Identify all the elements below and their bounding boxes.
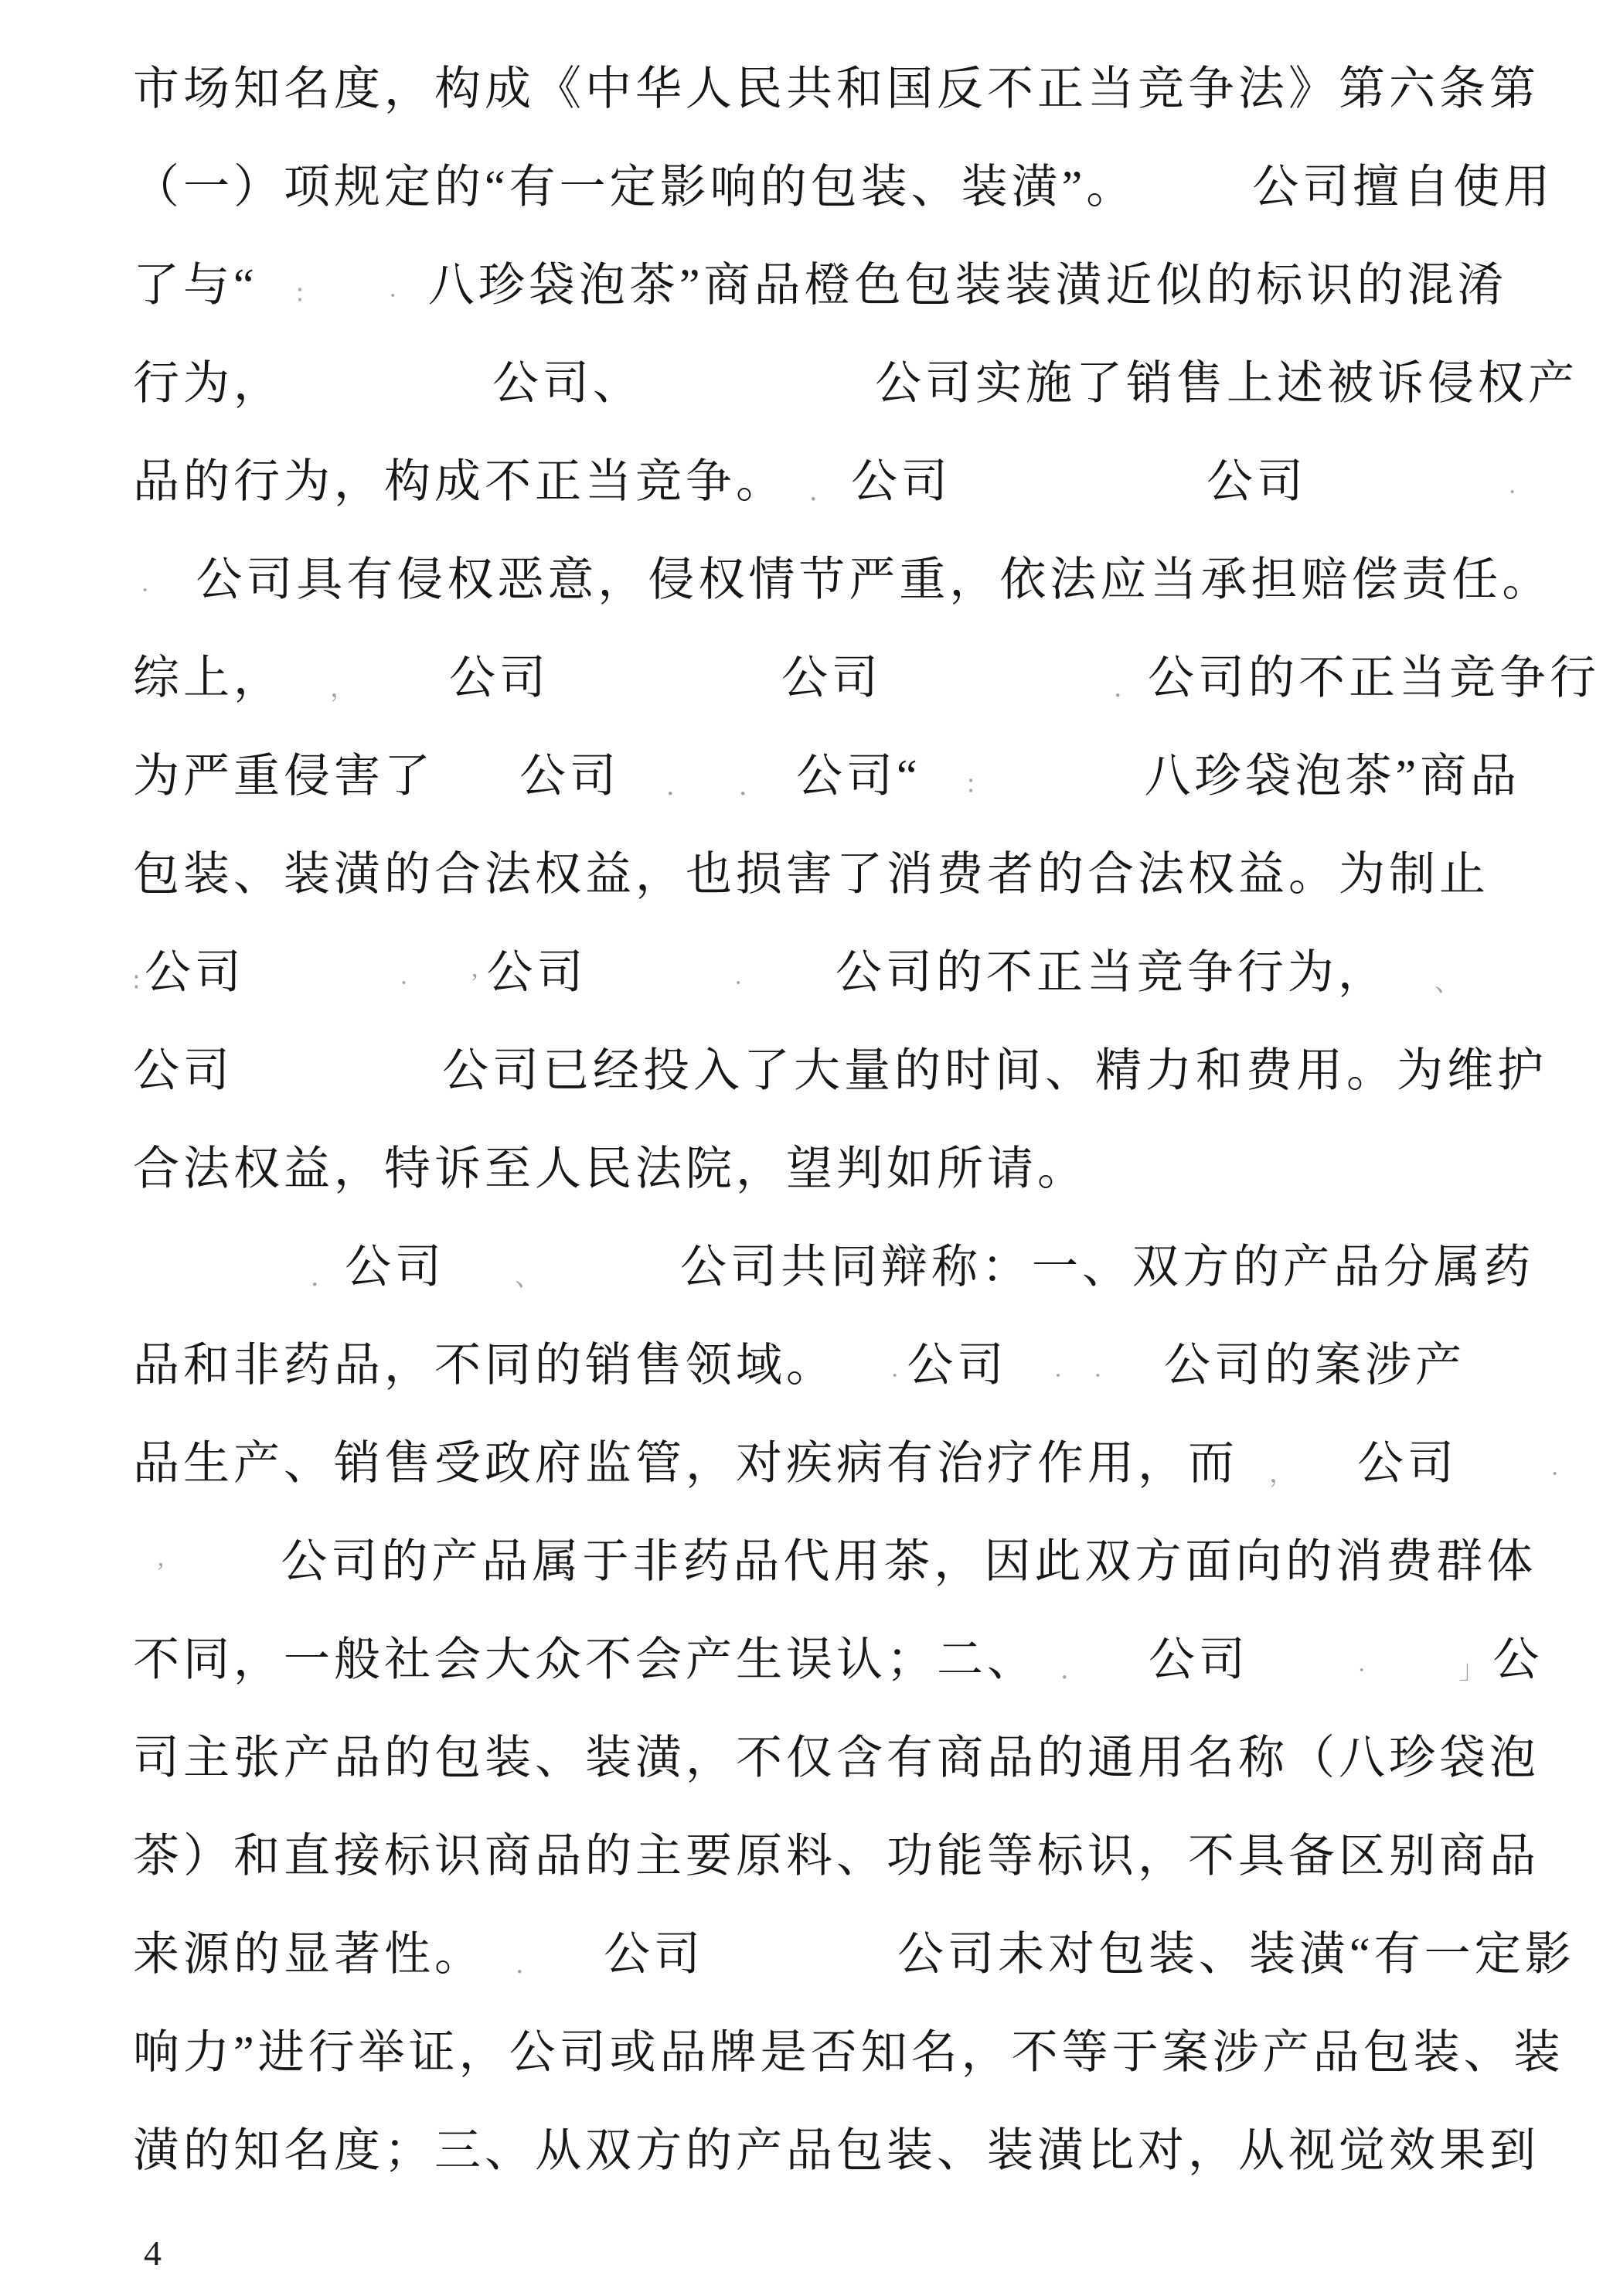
text-segment: 品和非药品，不同的销售领域。 [133, 1340, 836, 1391]
redaction-gap [743, 986, 836, 988]
text-segment: 了与“ [133, 260, 258, 311]
document-line: 潢的知名度；三、从双方的产品包装、装潢比对，从视觉效果到 [133, 2102, 1601, 2200]
redaction-gap [765, 790, 796, 792]
text-segment: 公司 [781, 652, 882, 703]
text-segment: 八珍袋泡茶”商品 [1145, 751, 1521, 802]
redaction-gap [434, 790, 519, 792]
redaction-gap [1295, 1477, 1357, 1479]
redaction-gap [620, 790, 666, 792]
page-number: 4 [144, 2233, 162, 2273]
text-segment: 为严重侵害了 [133, 751, 434, 802]
scan-artifact-mark: ∶ [133, 934, 140, 1032]
document-line: 合法权益，特诉至人民法院，望判如所请。 [133, 1120, 1601, 1218]
document-line: 不同，一般社会大众不会产生误认；二、．公司·」公 [133, 1611, 1601, 1709]
redaction-gap [542, 1968, 604, 1970]
redaction-gap [284, 692, 330, 693]
document-line: 茶）和直接标识商品的主要原料、功能等标识，不具备区别商品 [133, 1807, 1601, 1906]
text-segment: 包装、装潢的合法权益，也损害了消费者的合法权益。为制止 [133, 849, 1489, 900]
scan-artifact-mark: ． [1060, 1621, 1087, 1719]
text-segment: 公司的不正当竞争行为， [836, 947, 1388, 998]
text-segment: 公司 [1206, 456, 1307, 507]
scan-artifact-mark: ’ [470, 934, 478, 1032]
redaction-gap [337, 1281, 345, 1283]
text-segment: 公司的案涉产 [1164, 1340, 1465, 1391]
scan-artifact-mark: · [400, 934, 408, 1032]
redaction-gap [1458, 1477, 1550, 1479]
redaction-gap [245, 986, 400, 988]
text-segment: 公司 [449, 652, 550, 703]
redaction-gap [485, 1968, 516, 1970]
text-segment: 茶）和直接标识商品的主要原料、功能等标识，不具备区别商品 [133, 1831, 1540, 1882]
text-segment: 合法权益，特诉至人民法院，望判如所请。 [133, 1143, 1087, 1194]
document-line: 品生产、销售受政府监管，对疾病有治疗作用，而，公司· [133, 1415, 1601, 1513]
document-line: 品和非药品，不同的销售领域。·公司··公司的案涉产 [133, 1317, 1601, 1415]
text-segment: 公司 [604, 1929, 704, 1980]
redaction-gap [1087, 1674, 1149, 1675]
redaction-gap [1136, 201, 1252, 203]
text-segment: 公司、 [492, 358, 643, 409]
scan-artifact-mark: ’ [156, 1523, 165, 1621]
text-segment: 八珍袋泡茶”商品橙色包装装潢近似的标识的混淆 [428, 260, 1508, 311]
document-line: 包装、装潢的合法权益，也损害了消费者的合法权益。为制止 [133, 826, 1601, 924]
document-line: 市场知名度，构成《中华人民共和国反不正当竞争法》第六条第 [133, 40, 1601, 138]
redaction-gap [1388, 986, 1435, 988]
document-line: ．公司、公司共同辩称：一、双方的产品分属药 [133, 1218, 1601, 1317]
redaction-gap [1063, 1379, 1094, 1381]
text-segment: 综上， [133, 652, 284, 703]
scan-artifact-mark: · [890, 1327, 899, 1425]
text-segment: 公司共同辩称：一、双方的产品分属药 [680, 1242, 1534, 1293]
text-segment: 公司 [345, 1242, 445, 1293]
redaction-gap [1140, 692, 1148, 693]
redaction-gap [587, 986, 734, 988]
page-footer: 4 [144, 2226, 162, 2281]
redaction-gap [149, 594, 196, 595]
scan-artifact-mark: ． [666, 738, 693, 836]
redaction-gap [1307, 496, 1508, 497]
text-segment: 公司的产品属于非药品代用茶，因此双方面向的消费群体 [281, 1536, 1537, 1587]
document-line: 了与“∶·八珍袋泡茶”商品橙色包装装潢近似的标识的混淆 [133, 237, 1601, 335]
redaction-gap [836, 1379, 890, 1381]
redaction-gap [550, 692, 781, 693]
scan-artifact-mark: ∶ [968, 738, 975, 836]
text-segment: 公司 [487, 947, 587, 998]
scan-artifact-mark: ， [330, 639, 356, 738]
scan-artifact-mark: ． [739, 738, 765, 836]
document-page: 市场知名度，构成《中华人民共和国反不正当竞争法》第六条第（一）项规定的“有一定影… [0, 0, 1620, 2296]
redaction-gap [258, 299, 297, 301]
scan-artifact-mark: 」 [1458, 1621, 1485, 1719]
text-segment: 司主张产品的包装、装潢，不仅含有商品的通用名称（八珍袋泡 [133, 1732, 1540, 1783]
text-segment: 行为， [133, 358, 284, 409]
scan-artifact-mark: ． [809, 443, 836, 541]
text-segment: 公司的不正当竞争行 [1148, 652, 1600, 703]
scan-artifact-mark: ． [516, 1916, 542, 2014]
redaction-gap [882, 692, 1114, 693]
text-segment: （一）项规定的“有一定影响的包装、装潢”。 [133, 162, 1136, 213]
scan-artifact-mark: ． [1114, 639, 1140, 738]
redaction-gap [541, 1281, 680, 1283]
redaction-gap [704, 1968, 897, 1970]
text-segment: 公司 [1357, 1438, 1458, 1489]
text-segment: 不同，一般社会大众不会产生误认；二、 [133, 1634, 1037, 1685]
redaction-gap [643, 397, 875, 399]
redaction-gap [693, 790, 739, 792]
redaction-gap [445, 1281, 515, 1283]
document-line: ’公司的产品属于非药品代用茶，因此双方面向的消费群体 [133, 1513, 1601, 1611]
redaction-gap [1366, 1674, 1458, 1675]
redaction-gap [1102, 1379, 1164, 1381]
redaction-gap [786, 496, 809, 497]
text-segment: 公 [1492, 1634, 1543, 1685]
scan-artifact-mark: · [1508, 443, 1516, 541]
scan-artifact-mark: · [141, 541, 149, 639]
redaction-gap [1249, 1674, 1357, 1675]
redaction-gap [975, 790, 1145, 792]
document-line: 行为，公司、公司实施了销售上述被诉侵权产 [133, 335, 1601, 433]
scan-artifact-mark: · [1094, 1327, 1102, 1425]
text-segment: 公司具有侵权恶意，侵权情节严重，依法应当承担赔偿责任。 [196, 554, 1552, 605]
redaction-gap [1037, 1674, 1060, 1675]
document-line: ·公司具有侵权恶意，侵权情节严重，依法应当承担赔偿责任。 [133, 531, 1601, 629]
text-segment: 公司“ [796, 751, 921, 802]
redaction-gap [356, 692, 449, 693]
text-segment: 品的行为，构成不正当竞争。 [133, 456, 786, 507]
redaction-gap [133, 1576, 156, 1577]
text-segment: 公司 [145, 947, 245, 998]
redaction-gap [836, 496, 851, 497]
redaction-gap [1007, 1379, 1053, 1381]
text-segment: 品生产、销售受政府监管，对疾病有治疗作用，而 [133, 1438, 1238, 1489]
text-segment: 潢的知名度；三、从双方的产品包装、装潢比对，从视觉效果到 [133, 2125, 1540, 2176]
scan-artifact-mark: · [1550, 1425, 1559, 1523]
redaction-gap [284, 397, 492, 399]
redaction-gap [479, 986, 487, 988]
scan-artifact-mark: 、 [1435, 934, 1461, 1032]
redaction-gap [133, 594, 141, 595]
scan-artifact-mark: · [1053, 1327, 1062, 1425]
document-line: 综上，，公司公司．公司的不正当竞争行 [133, 629, 1601, 727]
text-segment: 公司擅自使用 [1252, 162, 1554, 213]
text-segment: 公司 [519, 751, 620, 802]
document-line: 公司公司已经投入了大量的时间、精力和费用。为维护 [133, 1022, 1601, 1120]
text-segment: 公司实施了销售上述被诉侵权产 [875, 358, 1578, 409]
redaction-gap [921, 790, 968, 792]
scan-artifact-mark: ． [311, 1228, 337, 1327]
document-line: 品的行为，构成不正当竞争。．公司公司· [133, 433, 1601, 531]
text-segment: 市场知名度，构成《中华人民共和国反不正当竞争法》第六条第 [133, 63, 1540, 114]
document-line: 响力”进行举证，公司或品牌是否知名，不等于案涉产品包装、装 [133, 2004, 1601, 2102]
text-segment: 公司 [1149, 1634, 1249, 1685]
redaction-gap [165, 1576, 281, 1577]
document-line: ∶公司·’公司·公司的不正当竞争行为，、 [133, 924, 1601, 1022]
scan-artifact-mark: · [734, 934, 743, 1032]
redaction-gap [233, 1085, 442, 1086]
document-line: 为严重侵害了公司．．公司“∶八珍袋泡茶”商品 [133, 727, 1601, 826]
text-segment: 来源的显著性。 [133, 1929, 485, 1980]
scan-artifact-mark: · [1357, 1621, 1366, 1719]
scan-artifact-mark: ， [1269, 1425, 1295, 1523]
redaction-gap [133, 1281, 311, 1283]
redaction-gap [1485, 1674, 1492, 1675]
text-segment: 公司未对包装、装潢“有一定影 [897, 1929, 1575, 1980]
text-segment: 公司已经投入了大量的时间、精力和费用。为维护 [442, 1045, 1547, 1096]
scan-artifact-mark: ∶ [297, 247, 304, 345]
text-segment: 公司 [851, 456, 951, 507]
scan-artifact-mark: · [389, 247, 397, 345]
redaction-gap [899, 1379, 907, 1381]
redaction-gap [1238, 1477, 1269, 1479]
document-line: 司主张产品的包装、装潢，不仅含有商品的通用名称（八珍袋泡 [133, 1709, 1601, 1807]
scan-artifact-mark: 、 [515, 1228, 541, 1327]
document-text-block: 市场知名度，构成《中华人民共和国反不正当竞争法》第六条第（一）项规定的“有一定影… [133, 40, 1601, 2200]
text-segment: 公司 [907, 1340, 1007, 1391]
redaction-gap [304, 299, 389, 301]
text-segment: 公司 [133, 1045, 233, 1096]
text-segment: 响力”进行举证，公司或品牌是否知名，不等于案涉产品包装、装 [133, 2027, 1564, 2078]
redaction-gap [397, 299, 428, 301]
redaction-gap [951, 496, 1206, 497]
document-line: 来源的显著性。．公司公司未对包装、装潢“有一定影 [133, 1906, 1601, 2004]
document-line: （一）项规定的“有一定影响的包装、装潢”。公司擅自使用 [133, 138, 1601, 237]
redaction-gap [408, 986, 470, 988]
